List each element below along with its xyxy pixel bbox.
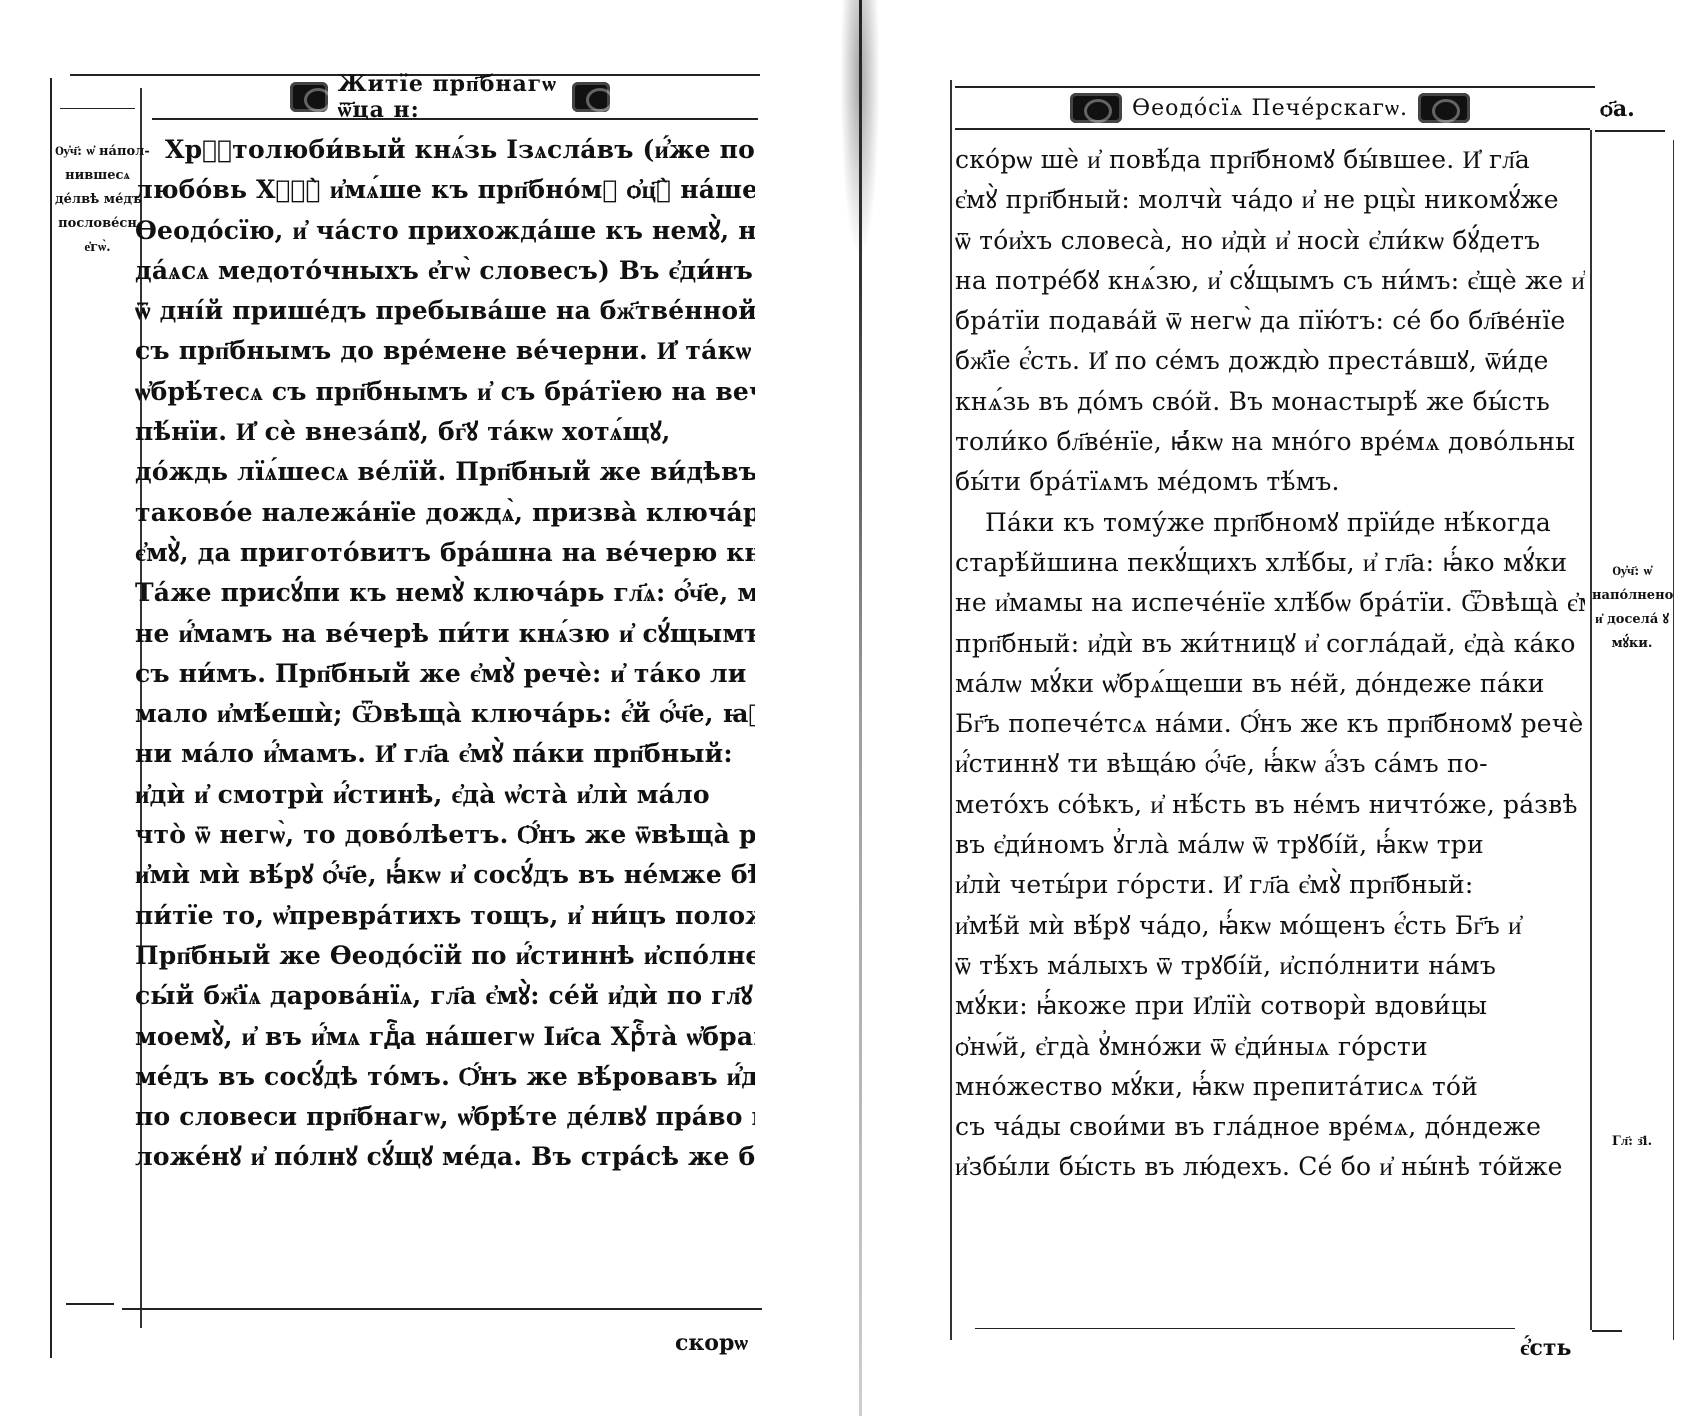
running-head-title: Житїе прп҃бнагѡ ѿ҃ца н: [338,71,563,123]
text-line: пи́тїе то, ѡ҆превра́тихъ тощъ, и҆ ни́цъ … [135,896,755,936]
left-foot-rule [122,1308,762,1310]
text-line: ѿ тѣ́хъ ма́лыхъ ѿ трꙋбі́й, и҆спо́лнити н… [955,946,1585,986]
right-catchword: є҆́сть [1520,1335,1571,1361]
text-line: мꙋ́ки: ꙗ҆́коже при И҆лїѝ сотворѝ вдови́ц… [955,986,1585,1026]
right-body-text: ско́рѡ шѐ и҆ повѣ́да прп҃бномꙋ бы́вшее. … [955,140,1585,1188]
text-line: мето́хъ со́ѣкъ, и҆ нѣ́сть въ не́мъ ничто… [955,785,1585,825]
text-line: ме́дъ въ сосꙋ́дѣ то́мъ. Ѻ҆́нъ же вѣ́рова… [135,1057,755,1097]
text-line: бж҃їе є҆́сть. И҆ по се́мъ дождю̀ преста́… [955,341,1585,381]
text-line: таково́е належа́нїе дождѧ̀, призва̀ ключ… [135,493,755,533]
text-line: и҆збы́ли бы́сть въ лю́дехъ. Се́ бо и҆ ны… [955,1147,1585,1187]
text-line: бы́ти бра́тїѧмъ ме́домъ тѣ́мъ. [955,462,1585,502]
right-marginal-note-2: Гл҃: з҃і. [1592,1130,1672,1154]
running-head-title: Ѳеодо́сїѧ Пече́рскагѡ. [1132,95,1408,121]
text-line: въ є҆ди́номъ ꙋ҆гла̀ ма́лѡ ѿ трꙋбі́й, ꙗ҆́… [955,825,1585,865]
left-catchword: скорѡ [675,1330,748,1356]
text-line: є҆мꙋ̀, да пригото́витъ бра́шна на ве́чер… [135,533,755,573]
left-marginal-note: Ѹ҆ч҃: ѡ҆ на́пол- нившесѧ де́лвѣ ме́дъ по… [55,140,140,260]
right-margin-head-rule [1595,130,1665,132]
ornament-icon [1070,93,1122,123]
text-line: и҆мѣ́й мѝ вѣ́рꙋ ча́до, ꙗ҆́кѡ мо́щенъ є҆́… [955,906,1585,946]
right-top-rule [955,86,1595,88]
text-line: ѿ дні́й прише́дъ пребыва́ше на бж҃тве́нн… [135,291,755,331]
text-line: Прп҃бный же Ѳеодо́сїй по и҆́стиннѣ и҆спо… [135,936,755,976]
text-line: да́ѧсѧ медото́чныхъ е҆гѡ̀ словесъ) Въ є҆… [135,251,755,291]
ornament-icon [1418,93,1470,123]
text-line: до́ждь лїѧ́шесѧ ве́лїй. Прп҃бный же ви́д… [135,452,755,492]
left-running-head: Житїе прп҃бнагѡ ѿ҃ца н: [290,80,610,114]
right-marginal-note-1: Ѹ҆ч҃: ѡ҆ напо́лнено и҆ досела́ ꙋ мꙋ́ки. [1592,560,1672,656]
marginal-note-line: Ѹ҆ч҃: ѡ҆ на́пол- [55,140,140,164]
text-line: съ ни́мъ. Прп҃бный же є҆мꙋ̀ речѐ: и҆ та́… [135,654,755,694]
left-body-text: Хрⷭ҇толюби́вый кнѧ́зь Ізѧсла́въ (и҆́же п… [135,130,755,1178]
text-line: ложе́нꙋ и҆ по́лнꙋ сꙋ́щꙋ ме́да. Въ стра́с… [135,1137,755,1177]
text-line: бра́тїи подава́й ѿ негѡ̀ да пїю́тъ: се́ … [955,301,1585,341]
ornament-icon [290,82,328,112]
marginal-note-line: де́лвѣ ме́дъ [55,188,140,212]
marginal-note-line: послове́сн [55,212,140,236]
left-margin-foot-rule [66,1303,114,1305]
text-line: ни ма́ло и҆́мамъ. И҆ гл҃а є҆мꙋ̀ па́ки пр… [135,734,755,774]
text-line: ѻ҆нѡ́й, є҆гда̀ ꙋ҆мно́жи ѿ є҆ди́ныѧ го́рс… [955,1027,1585,1067]
text-line: и҆мѝ мѝ вѣ́рꙋ ѻ҆́ч҃е, ꙗ҆́кѡ и҆ сосꙋ́дъ в… [135,855,755,895]
text-line: ѿ то́и҆хъ словеса̀, но и҆дѝ и҆ носѝ є҆ли… [955,221,1585,261]
marginal-note-line: мꙋ́ки. [1592,632,1672,656]
text-line: кнѧ́зь въ до́мъ сво́й. Въ монастырѣ́ же … [955,382,1585,422]
marginal-note-line: Ѹ҆ч҃: ѡ҆ [1592,560,1672,584]
text-line: пѣ́нїи. И҆ сѐ внеза́пꙋ, бг҃ꙋ та́кѡ хотѧ́… [135,412,755,452]
text-line: ско́рѡ шѐ и҆ повѣ́да прп҃бномꙋ бы́вшее. … [955,140,1585,180]
text-line: сы́й бж҃їѧ дарова́нїѧ, гл҃а є҆мꙋ̀: се́й … [135,976,755,1016]
text-line: и҆́стиннꙋ ти вѣща́ю ѻ҆́ч҃е, ꙗ҆́кѡ а҆́зъ … [955,744,1585,784]
text-line: мало и҆мѣ́ешѝ; Ѿвѣща̀ ключа́рь: є҆́й ѻ҆́… [135,694,755,734]
text-line: Хрⷭ҇толюби́вый кнѧ́зь Ізѧсла́въ (и҆́же п… [135,130,755,170]
right-outer-border [1673,140,1674,1340]
text-line: что̀ ѿ негѡ̀, то дово́лѣетъ. Ѻ҆́нъ же ѿв… [135,815,755,855]
text-line: и҆лѝ четы́ри го́рсти. И҆ гл҃а є҆мꙋ̀ прп҃… [955,865,1585,905]
marginal-note-line: напо́лнено [1592,584,1672,608]
right-head-rule [955,128,1590,130]
right-inner-border [950,80,952,1340]
marginal-note-line: и҆ досела́ ꙋ [1592,608,1672,632]
text-line: не и҆́мамъ на ве́черѣ пи́ти кнѧ́зю и҆ сꙋ… [135,614,755,654]
text-line: Та́же присꙋ́пи къ немꙋ̀ ключа́рь гл҃ѧ: ѻ… [135,573,755,613]
marginal-note-line: нившесѧ [55,164,140,188]
right-foot-rule [975,1328,1515,1329]
text-line: мно́жество мꙋ́ки, ꙗ҆́кѡ препита́тисѧ то́… [955,1067,1585,1107]
text-line: моемꙋ̀, и҆ въ и҆́мѧ гдⷭ҇а на́шегѡ Іи҃са … [135,1017,755,1057]
text-line: съ прп҃бнымъ до вре́мене ве́черни. И҆ та… [135,331,755,371]
marginal-note-line: Гл҃: з҃і. [1592,1130,1672,1154]
text-line: є҆мꙋ̀ прп҃бный: молчѝ ча́до и҆ не рцы̀ н… [955,180,1585,220]
text-line: съ ча́ды свои́ми въ гла́дное вре́мѧ, до́… [955,1107,1585,1147]
text-line: прп҃бный: и҆дѝ въ жи́тницꙋ и҆ согла́дай,… [955,624,1585,664]
folio-number: ѻ҃а. [1600,96,1635,122]
text-line: Ѳеодо́сїю, и҆ ча́сто прихожда́ше къ немꙋ… [135,211,755,251]
marginal-note-line: е҆гѡ̀. [55,236,140,260]
text-line: Бг҃ъ попече́тсѧ на́ми. Ѻ҆́нъ же къ прп҃б… [955,704,1585,744]
text-line: по словеси прп҃бнагѡ, ѡ҆брѣ́те де́лвꙋ пр… [135,1097,755,1137]
text-line: ѡ҆брѣ́тесѧ съ прп҃бнымъ и҆ съ бра́тїею н… [135,372,755,412]
book-gutter [840,0,880,1416]
left-page-outer-border [50,78,52,1358]
text-line: не и҆мамы на испече́нїе хлѣ́бѡ бра́тїи. … [955,583,1585,623]
text-line: любо́вь Хⷭ҇ꙋ̀ и҆мѧ́ше къ прп҃бно́мꙋ ѻ҆ц҃… [135,170,755,210]
text-line: и҆дѝ и҆ смотрѝ и҆́стинѣ, є҆да̀ ѡ҆ста̀ и҆… [135,775,755,815]
gutter-fold-line [859,0,862,1416]
right-running-head: Ѳеодо́сїѧ Пече́рскагѡ. [1060,90,1480,126]
text-line: на потре́бꙋ кнѧ́зю, и҆ сꙋ́щымъ съ ни́мъ:… [955,261,1585,301]
text-line: старѣ́йшина пекꙋ́щихъ хлѣ́бы, и҆ гл҃а: ꙗ… [955,543,1585,583]
text-line: Па́ки къ тому́же прп҃бномꙋ прїи́де нѣ́ко… [955,503,1585,543]
text-line: толи́ко бл҃ве́нїе, ꙗ҆́кѡ на мно́го вре́м… [955,422,1585,462]
text-line: ма́лѡ мꙋ́ки ѡ҆брѧ́щеши въ не́й, до́ндеже… [955,664,1585,704]
right-margin-foot-rule [1592,1330,1622,1332]
ornament-icon [572,82,610,112]
left-margin-head-rule [60,108,135,109]
